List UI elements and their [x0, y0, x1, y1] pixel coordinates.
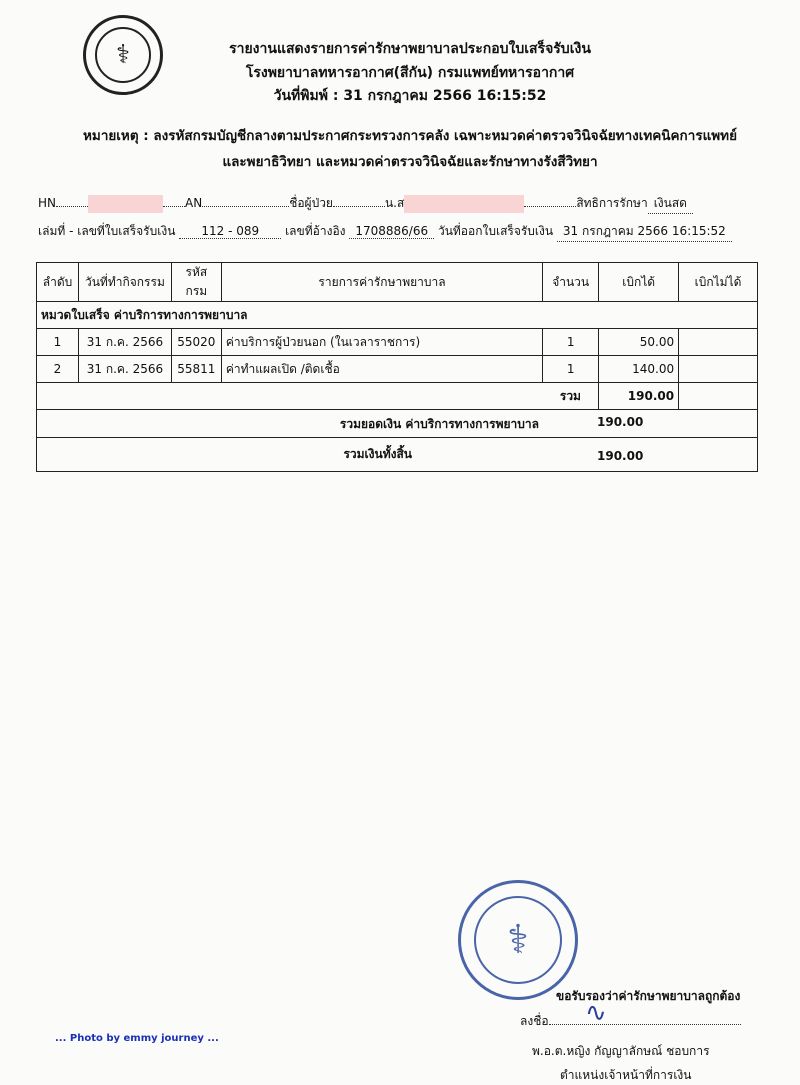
hospital-name: โรงพยาบาลทหารอากาศ(สีกัน) กรมแพทย์ทหารอา… — [130, 62, 690, 84]
hn-redacted — [88, 195, 163, 213]
issue-date-value: 31 กรกฎาคม 2566 16:15:52 — [557, 222, 732, 242]
billing-table: ลำดับ วันที่ทำกิจกรรม รหัสกรม รายการค่าร… — [36, 262, 758, 410]
row-non-claimable — [679, 356, 758, 383]
category-label: หมวดใบเสร็จ ค่าบริการทางการพยาบาล — [37, 302, 758, 329]
col-claimable: เบิกได้ — [599, 263, 679, 302]
patient-name-prefix: น.ส — [385, 196, 404, 210]
category-total-value: 190.00 — [597, 415, 643, 429]
issue-date-label: วันที่ออกใบเสร็จรับเงิน — [438, 224, 553, 238]
row-non-claimable — [679, 329, 758, 356]
row-code: 55020 — [171, 329, 221, 356]
row-claimable: 140.00 — [599, 356, 679, 383]
row-qty: 1 — [543, 329, 599, 356]
hospital-stamp-icon: ⚕ — [458, 880, 578, 1000]
hn-label: HN — [38, 196, 56, 210]
row-qty: 1 — [543, 356, 599, 383]
grand-total-value: 190.00 — [597, 449, 643, 463]
category-row: หมวดใบเสร็จ ค่าบริการทางการพยาบาล — [37, 302, 758, 329]
category-total-label: รวมยอดเงิน ค่าบริการทางการพยาบาล — [340, 415, 539, 434]
signature-scribble-icon: ∿ — [585, 998, 607, 1028]
subtotal-label: รวม — [543, 383, 599, 410]
note-line-2: และพยาธิวิทยา และหมวดค่าตรวจวินิจฉัยและร… — [40, 150, 780, 172]
grand-total-row: รวมเงินทั้งสิ้น 190.00 — [36, 438, 758, 472]
signer-position: ตำแหน่งเจ้าหน้าที่การเงิน — [560, 1066, 691, 1085]
subtotal-row: รวม 190.00 — [37, 383, 758, 410]
certify-text: ขอรับรองว่าค่ารักษาพยาบาลถูกต้อง — [556, 987, 740, 1006]
receipt-info-line: เล่มที่ - เลขที่ใบเสร็จรับเงิน 112 - 089… — [38, 222, 732, 242]
patient-name-label: ชื่อผู้ป่วย — [289, 196, 333, 210]
report-title: รายงานแสดงรายการค่ารักษาพยาบาลประกอบใบเส… — [130, 38, 690, 60]
print-date: วันที่พิมพ์ : 31 กรกฎาคม 2566 16:15:52 — [130, 85, 690, 107]
sign-line: ลงชื่อ — [520, 1012, 741, 1031]
row-no: 2 — [37, 356, 79, 383]
photo-credit: ... Photo by emmy journey ... — [55, 1033, 219, 1044]
receipt-value: 112 - 089 — [179, 224, 281, 239]
ref-label: เลขที่อ้างอิง — [285, 224, 345, 238]
col-non-claimable: เบิกไม่ได้ — [679, 263, 758, 302]
patient-info-line: HNANชื่อผู้ป่วยน.สสิทธิการรักษาเงินสด — [38, 194, 693, 214]
col-item: รายการค่ารักษาพยาบาล — [221, 263, 542, 302]
subtotal-value: 190.00 — [599, 383, 679, 410]
row-no: 1 — [37, 329, 79, 356]
receipt-label: เล่มที่ - เลขที่ใบเสร็จรับเงิน — [38, 224, 175, 238]
table-header-row: ลำดับ วันที่ทำกิจกรรม รหัสกรม รายการค่าร… — [37, 263, 758, 302]
row-date: 31 ก.ค. 2566 — [78, 356, 171, 383]
note-line-1: หมายเหตุ : ลงรหัสกรมบัญชีกลางตามประกาศกร… — [40, 124, 780, 146]
row-date: 31 ก.ค. 2566 — [78, 329, 171, 356]
col-date: วันที่ทำกิจกรรม — [78, 263, 171, 302]
row-code: 55811 — [171, 356, 221, 383]
table-row: 2 31 ก.ค. 2566 55811 ค่าทำแผลเปิด /ติดเช… — [37, 356, 758, 383]
rights-value: เงินสด — [648, 194, 693, 214]
table-row: 1 31 ก.ค. 2566 55020 ค่าบริการผู้ป่วยนอก… — [37, 329, 758, 356]
col-code: รหัสกรม — [171, 263, 221, 302]
rights-label: สิทธิการรักษา — [576, 196, 647, 210]
row-claimable: 50.00 — [599, 329, 679, 356]
sign-label: ลงชื่อ — [520, 1014, 549, 1028]
patient-name-redacted — [404, 195, 524, 213]
category-total-row: รวมยอดเงิน ค่าบริการทางการพยาบาล 190.00 — [36, 408, 758, 438]
an-label: AN — [185, 196, 202, 210]
signer-name: พ.อ.ต.หญิง กัญญาลักษณ์ ชอบการ — [532, 1042, 710, 1061]
ref-value: 1708886/66 — [349, 224, 434, 239]
row-item: ค่าทำแผลเปิด /ติดเชื้อ — [221, 356, 542, 383]
row-item: ค่าบริการผู้ป่วยนอก (ในเวลาราชการ) — [221, 329, 542, 356]
col-qty: จำนวน — [543, 263, 599, 302]
col-no: ลำดับ — [37, 263, 79, 302]
grand-total-label: รวมเงินทั้งสิ้น — [343, 445, 412, 464]
